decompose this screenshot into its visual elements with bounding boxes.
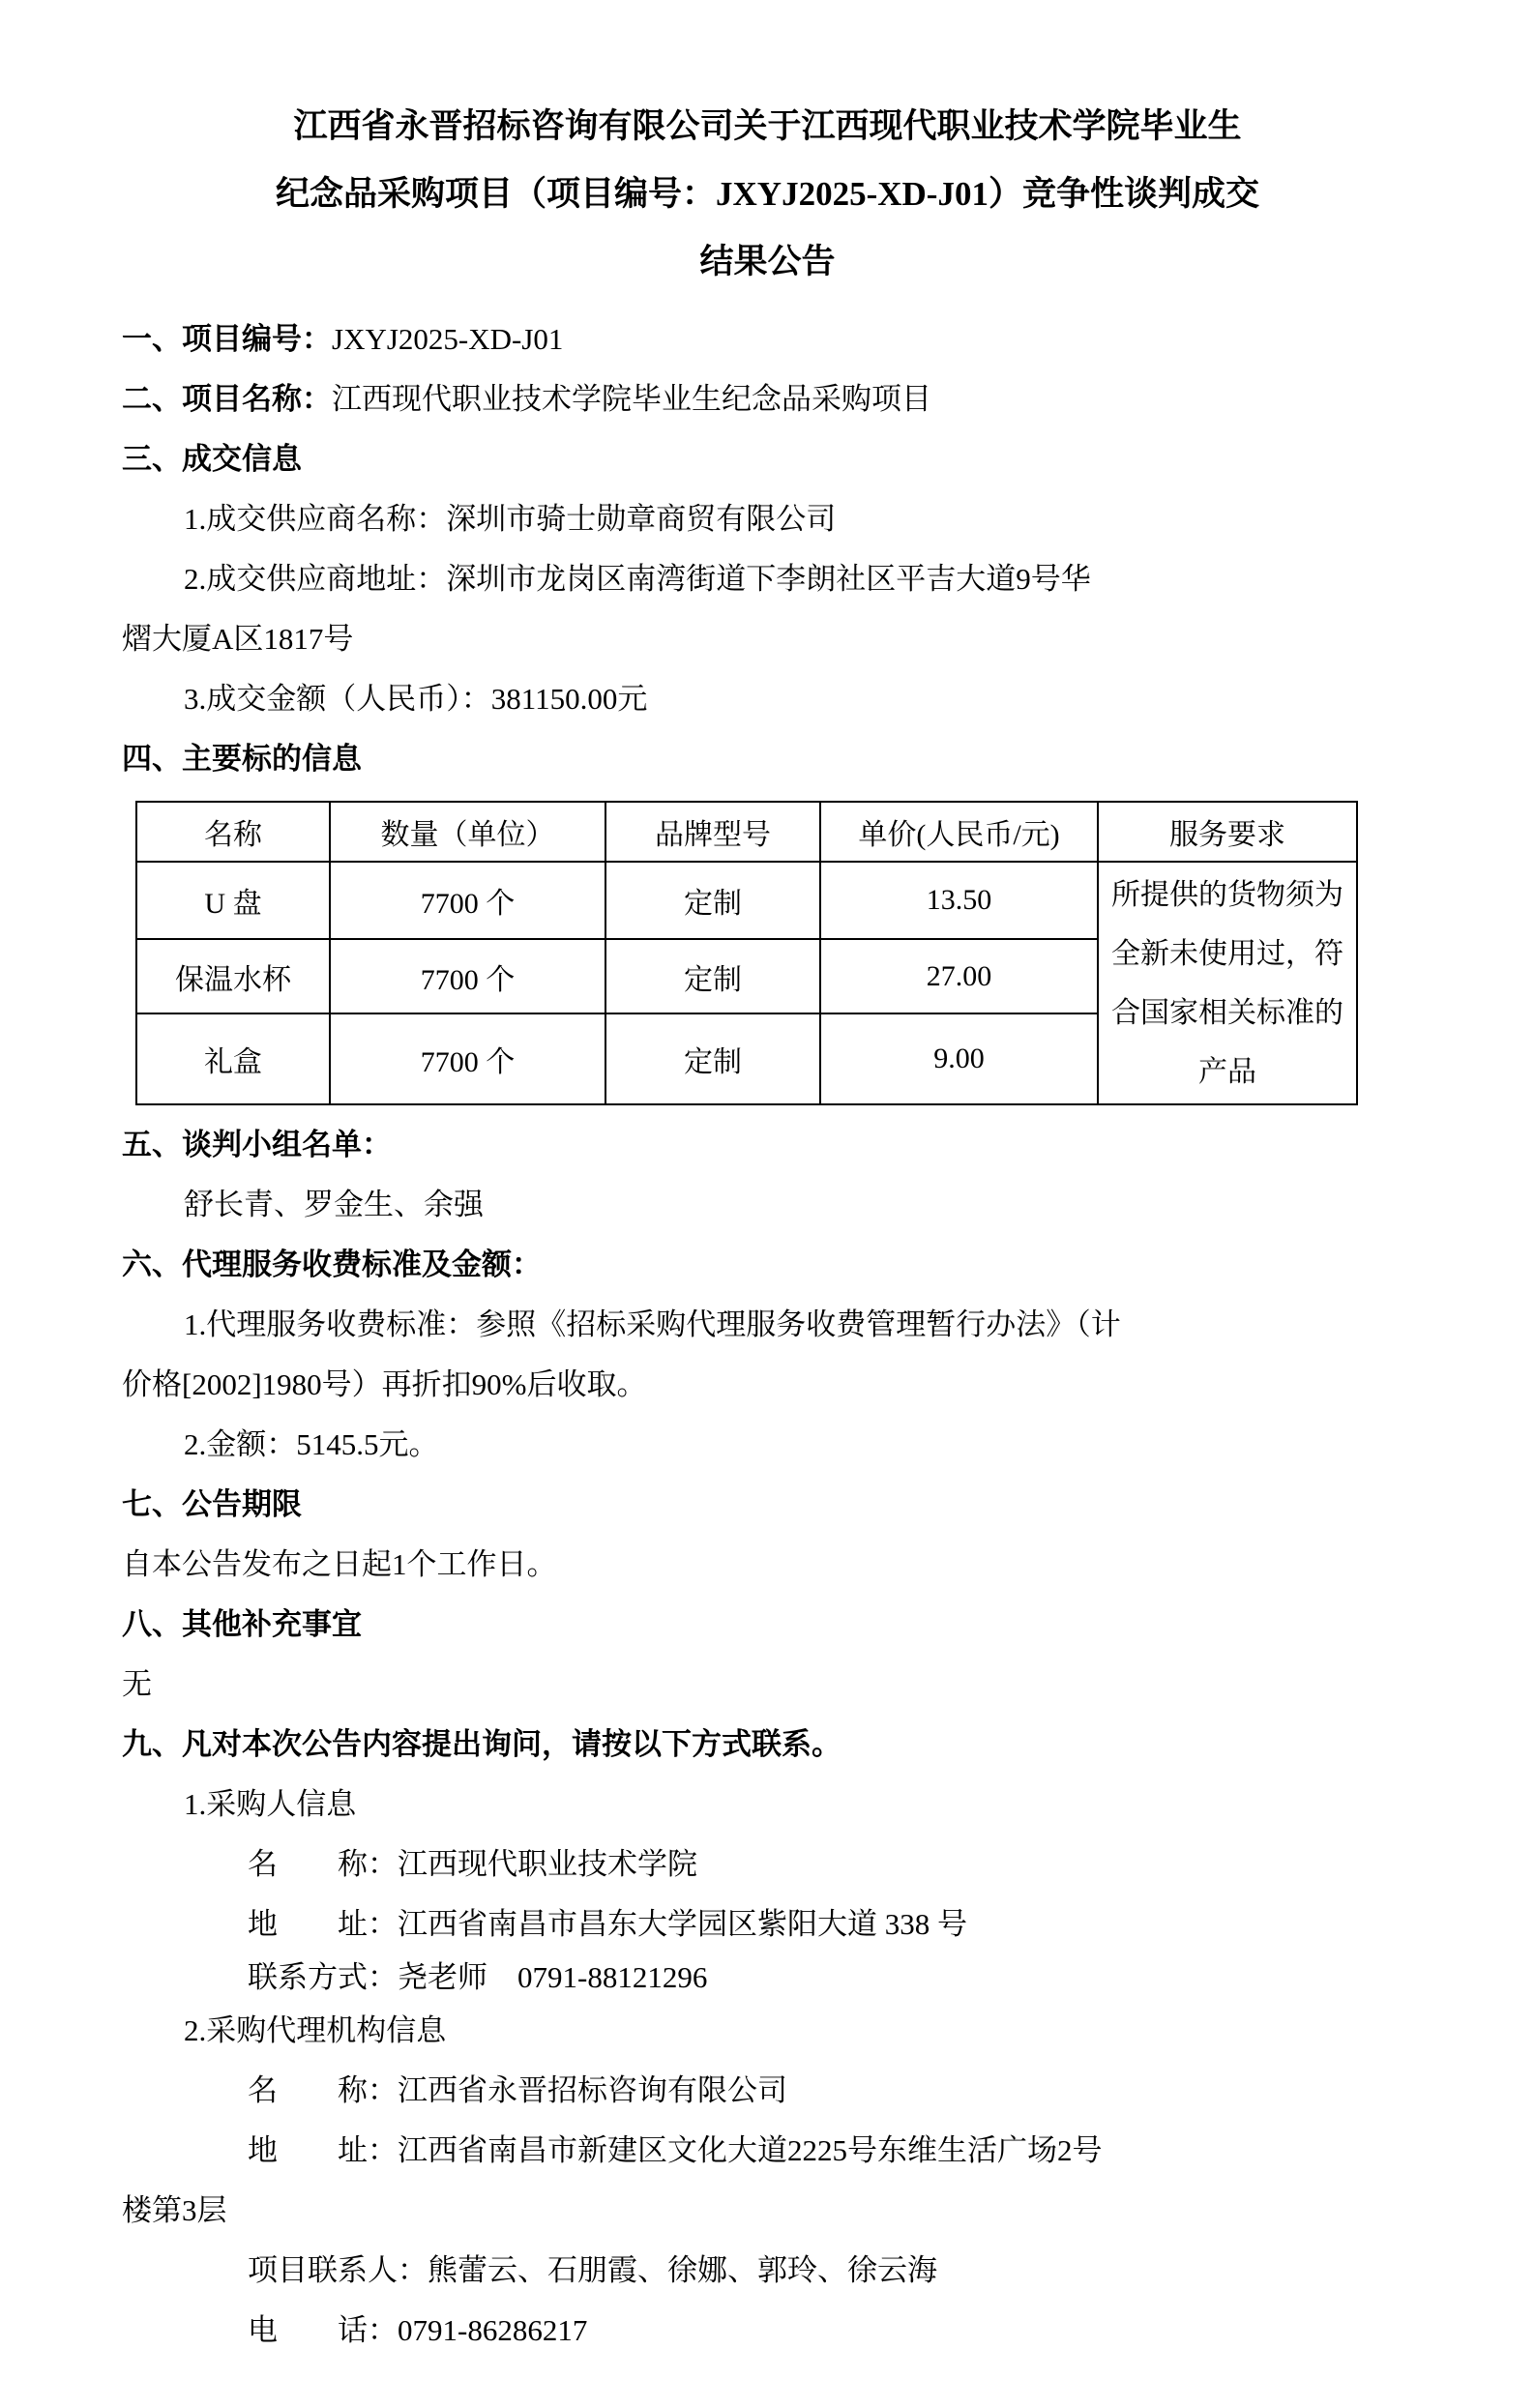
title-line-3: 结果公告 — [122, 228, 1413, 296]
cell-unit-price: 9.00 — [820, 1013, 1098, 1104]
document-title: 江西省永晋招标咨询有限公司关于江西现代职业技术学院毕业生 纪念品采购项目（项目编… — [122, 93, 1413, 296]
section-7-heading: 七、公告期限 — [122, 1475, 1413, 1535]
agency-address-line-1: 地 址：江西省南昌市新建区文化大道2225号东维生活广场2号 — [122, 2121, 1413, 2181]
cell-brand: 定制 — [605, 939, 820, 1013]
cell-name: U 盘 — [136, 862, 330, 939]
section-2-value: 江西现代职业技术学院毕业生纪念品采购项目 — [332, 382, 931, 416]
section-4-heading: 四、主要标的信息 — [122, 729, 1413, 789]
purchaser-name: 名 称：江西现代职业技术学院 — [122, 1835, 1413, 1894]
cell-unit-price: 27.00 — [820, 939, 1098, 1013]
purchaser-address: 地 址：江西省南昌市昌东大学园区紫阳大道 338 号 — [122, 1894, 1413, 1954]
section-2-label: 二、项目名称： — [122, 382, 332, 416]
section-1-project-number: 一、项目编号：JXYJ2025-XD-J01 — [122, 309, 1413, 369]
header-unit-price: 单价(人民币/元) — [820, 802, 1098, 862]
section-8-heading: 八、其他补充事宜 — [122, 1595, 1413, 1655]
section-9-heading: 九、凡对本次公告内容提出询问，请按以下方式联系。 — [122, 1715, 1413, 1775]
purchaser-contact: 联系方式：尧老师 0791-88121296 — [122, 1954, 1413, 2001]
agency-fee-amount: 2.金额：5145.5元。 — [122, 1415, 1413, 1475]
header-brand: 品牌型号 — [605, 802, 820, 862]
announcement-document: 江西省永晋招标咨询有限公司关于江西现代职业技术学院毕业生 纪念品采购项目（项目编… — [0, 0, 1535, 2408]
other-matters: 无 — [122, 1655, 1413, 1715]
section-2-project-name: 二、项目名称：江西现代职业技术学院毕业生纪念品采购项目 — [122, 369, 1413, 429]
title-line-1: 江西省永晋招标咨询有限公司关于江西现代职业技术学院毕业生 — [122, 93, 1413, 161]
purchaser-info-heading: 1.采购人信息 — [122, 1775, 1413, 1835]
supplier-address-line-2: 熠大厦A区1817号 — [122, 609, 1413, 669]
section-1-value: JXYJ2025-XD-J01 — [332, 322, 563, 356]
cell-brand: 定制 — [605, 1013, 820, 1104]
section-6-heading: 六、代理服务收费标准及金额： — [122, 1235, 1413, 1295]
deal-amount: 3.成交金额（人民币）：381150.00元 — [122, 669, 1413, 729]
agency-phone: 电 话：0791-86286217 — [122, 2301, 1413, 2361]
section-1-label: 一、项目编号： — [122, 322, 332, 356]
goods-table: 名称 数量（单位） 品牌型号 单价(人民币/元) 服务要求 U 盘 7700 个… — [135, 801, 1358, 1105]
title-line-2: 纪念品采购项目（项目编号：JXYJ2025-XD-J01）竞争性谈判成交 — [122, 161, 1413, 228]
cell-unit-price: 13.50 — [820, 862, 1098, 939]
agency-fee-standard-line-1: 1.代理服务收费标准：参照《招标采购代理服务收费管理暂行办法》（计 — [122, 1295, 1413, 1355]
cell-quantity: 7700 个 — [330, 939, 605, 1013]
agency-name: 名 称：江西省永晋招标咨询有限公司 — [122, 2061, 1413, 2121]
agency-project-contacts: 项目联系人：熊蕾云、石朋霞、徐娜、郭玲、徐云海 — [122, 2241, 1413, 2301]
agency-fee-standard-line-2: 价格[2002]1980号）再折扣90%后收取。 — [122, 1355, 1413, 1415]
cell-quantity: 7700 个 — [330, 862, 605, 939]
table-header-row: 名称 数量（单位） 品牌型号 单价(人民币/元) 服务要求 — [136, 802, 1357, 862]
header-name: 名称 — [136, 802, 330, 862]
cell-quantity: 7700 个 — [330, 1013, 605, 1104]
cell-name: 礼盒 — [136, 1013, 330, 1104]
cell-service-requirement: 所提供的货物须为全新未使用过，符合国家相关标准的产品 — [1098, 862, 1357, 1104]
announcement-period: 自本公告发布之日起1个工作日。 — [122, 1535, 1413, 1595]
agency-info-heading: 2.采购代理机构信息 — [122, 2001, 1413, 2061]
table-row: U 盘 7700 个 定制 13.50 所提供的货物须为全新未使用过，符合国家相… — [136, 862, 1357, 939]
negotiation-team-members: 舒长青、罗金生、余强 — [122, 1175, 1413, 1235]
supplier-name: 1.成交供应商名称：深圳市骑士勋章商贸有限公司 — [122, 489, 1413, 549]
cell-brand: 定制 — [605, 862, 820, 939]
header-quantity: 数量（单位） — [330, 802, 605, 862]
section-3-heading: 三、成交信息 — [122, 429, 1413, 489]
cell-name: 保温水杯 — [136, 939, 330, 1013]
supplier-address-line-1: 2.成交供应商地址：深圳市龙岗区南湾街道下李朗社区平吉大道9号华 — [122, 549, 1413, 609]
section-5-heading: 五、谈判小组名单： — [122, 1115, 1413, 1175]
header-service: 服务要求 — [1098, 802, 1357, 862]
agency-address-line-2: 楼第3层 — [122, 2181, 1413, 2241]
